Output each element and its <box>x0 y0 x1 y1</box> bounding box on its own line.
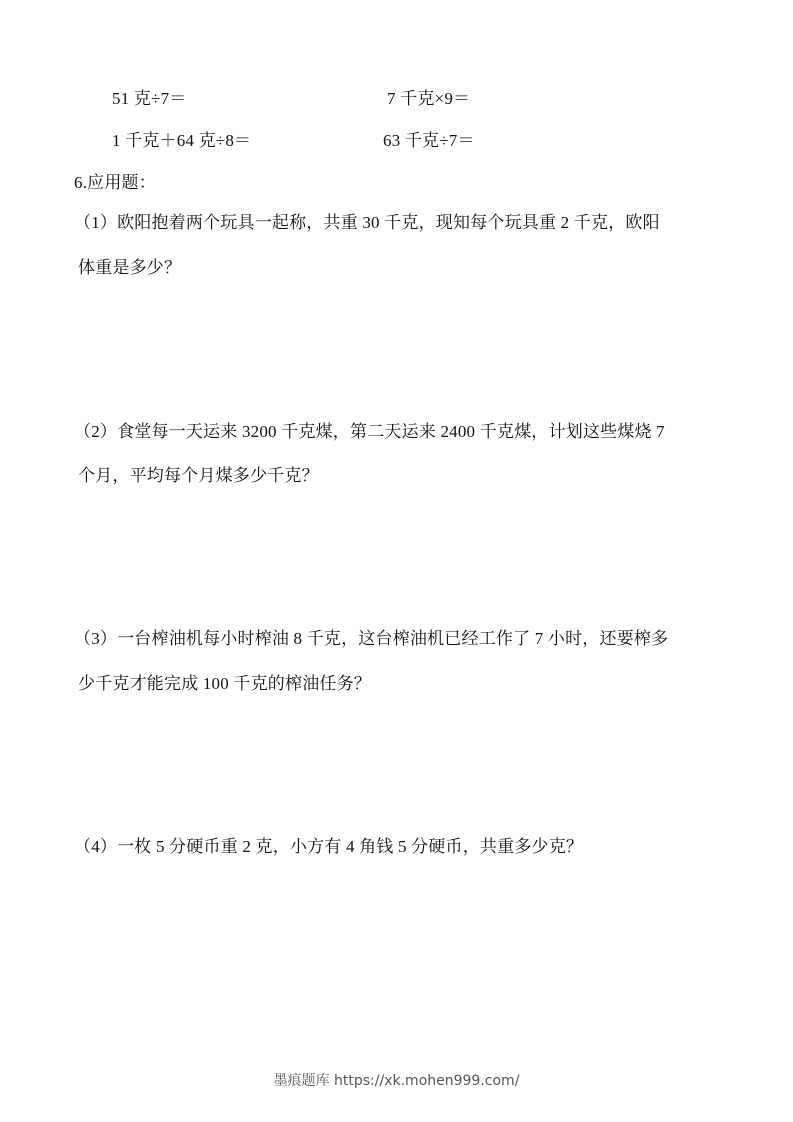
problem-2-line-1: （2）食堂每一天运来 3200 千克煤，第二天运来 2400 千克煤，计划这些煤… <box>74 421 665 443</box>
problem-4-line-1: （4）一枚 5 分硬币重 2 克，小方有 4 角钱 5 分硬币，共重多少克？ <box>74 836 583 858</box>
calc-51g-div-7: 51 克÷7＝ <box>112 88 186 110</box>
footer-watermark: 墨痕题库 https://xk.mohen999.com/ <box>0 1070 793 1090</box>
problem-2-line-2: 个月，平均每个月煤多少千克？ <box>78 465 319 487</box>
problem-1-line-1: （1）欧阳抱着两个玩具一起称，共重 30 千克，现知每个玩具重 2 千克，欧阳 <box>74 212 660 234</box>
problem-3-line-1: （3）一台榨油机每小时榨油 8 千克，这台榨油机已经工作了 7 小时，还要榨多 <box>74 628 668 650</box>
problem-3-line-2: 少千克才能完成 100 千克的榨油任务？ <box>78 673 371 695</box>
calc-7kg-times-9: 7 千克×9＝ <box>387 88 470 110</box>
problem-1-line-2: 体重是多少？ <box>78 257 181 279</box>
calc-1kg-plus-64g-div-8: 1 千克＋64 克÷8＝ <box>112 130 251 152</box>
calc-63kg-div-7: 63 千克÷7＝ <box>383 130 475 152</box>
section-title: 6.应用题： <box>74 172 156 194</box>
